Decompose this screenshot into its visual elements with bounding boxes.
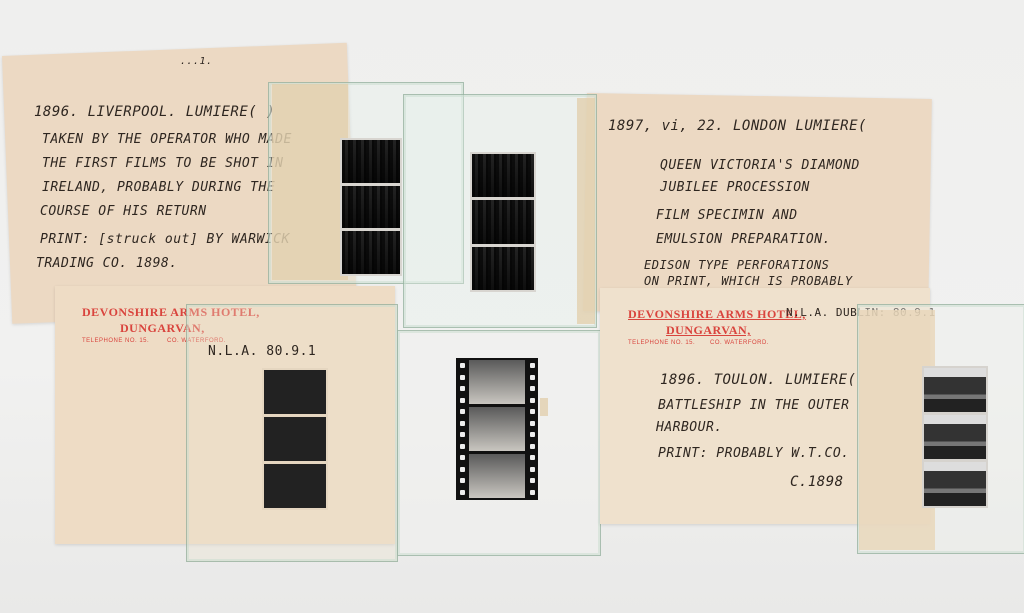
note-london-line5: EMULSION PREPARATION. <box>656 232 831 247</box>
note-toulon-line2: BATTLESHIP IN THE OUTER <box>658 398 850 413</box>
note-liverpool-line1: 1896. LIVERPOOL. LUMIERE( ) <box>34 104 275 120</box>
tape-street <box>540 398 548 416</box>
letterhead-right-town: DUNGARVAN, <box>666 323 751 338</box>
note-toulon-line5: C.1898 <box>790 474 844 490</box>
note-london-line7: ON PRINT, WHICH IS PROBABLY <box>644 274 853 288</box>
note-london-line4: FILM SPECIMIN AND <box>656 208 798 223</box>
tape-liverpool <box>272 84 348 280</box>
note-liverpool-line5: COURSE OF HIS RETURN <box>40 204 207 219</box>
note-london-line3: JUBILEE PROCESSION <box>660 180 810 195</box>
letterhead-right-telephone: TELEPHONE NO. 15. <box>628 340 695 346</box>
film-strip-jubilee <box>470 152 536 292</box>
film-strip-crowd <box>262 368 328 510</box>
letterhead-left-catalogue-number: N.L.A. 80.9.1 <box>208 344 316 359</box>
film-strip-liverpool <box>340 138 402 276</box>
tape-jubilee <box>577 98 595 324</box>
note-london-line1: 1897, vi, 22. LONDON LUMIERE( <box>608 118 867 134</box>
film-strip-street-perforated <box>456 358 538 500</box>
perforations-right <box>527 360 537 498</box>
note-liverpool-top-mark: ...1. <box>180 56 213 67</box>
note-london-line2: QUEEN VICTORIA'S DIAMOND <box>660 158 860 173</box>
note-liverpool-line3: THE FIRST FILMS TO BE SHOT IN <box>42 156 283 171</box>
perforations-left <box>457 360 467 498</box>
note-toulon-line4: PRINT: PROBABLY W.T.CO. <box>658 446 850 461</box>
note-liverpool-line2: TAKEN BY THE OPERATOR WHO MADE <box>42 132 292 147</box>
note-toulon-line3: HARBOUR. <box>656 420 723 435</box>
film-strip-toulon <box>922 366 988 508</box>
note-liverpool-line7: TRADING CO. 1898. <box>36 256 178 271</box>
letterhead-right-title: DEVONSHIRE ARMS HOTEL, <box>628 307 806 322</box>
note-liverpool-line4: IRELAND, PROBABLY DURING THE <box>42 180 275 195</box>
note-liverpool-line6: PRINT: [struck out] BY WARWICK <box>40 232 290 247</box>
note-toulon-line1: 1896. TOULON. LUMIERE( <box>660 372 856 388</box>
note-london-line6: EDISON TYPE PERFORATIONS <box>644 258 829 272</box>
letterhead-left-telephone: TELEPHONE NO. 15. <box>82 338 149 344</box>
letterhead-right-county: CO. WATERFORD. <box>710 340 769 346</box>
